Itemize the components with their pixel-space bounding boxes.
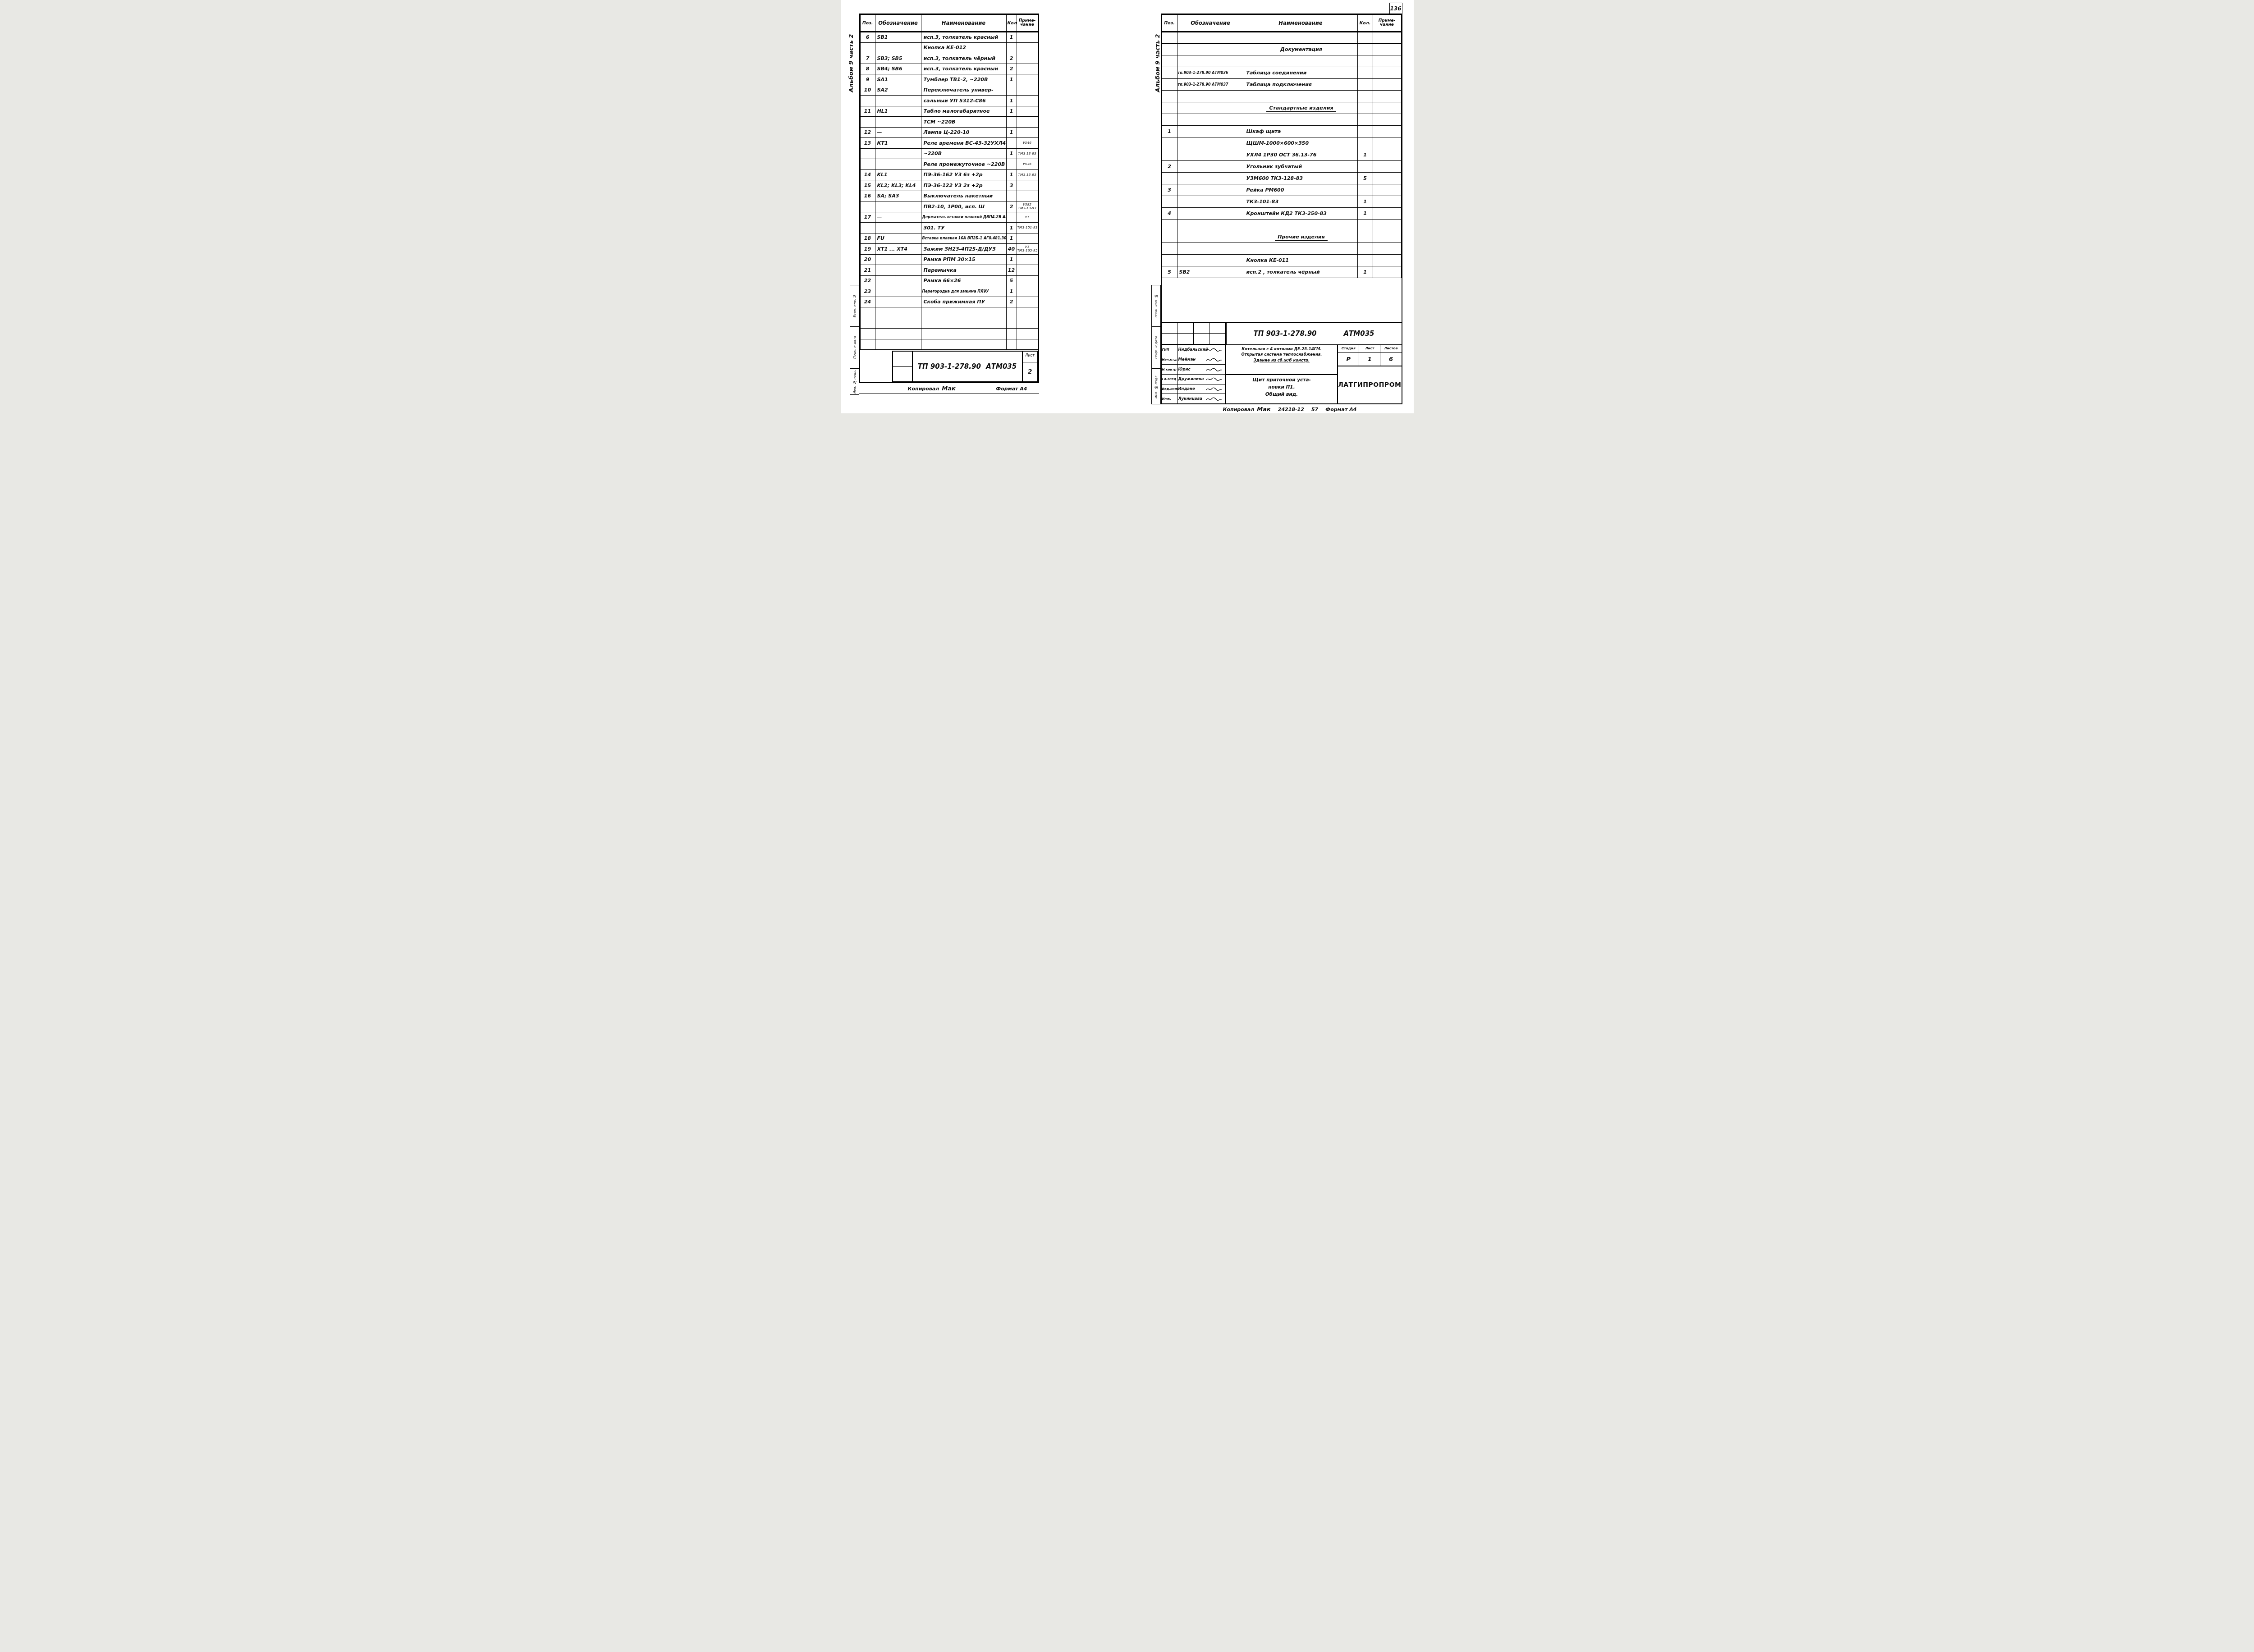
col-header-note: Приме- чание xyxy=(1017,15,1038,32)
scanned-specification-pages: Альбом 9 часть 2 Взам. инв. № Подп. и да… xyxy=(841,0,1414,413)
staff-row: Вед.инжИндане xyxy=(1162,384,1225,394)
margin-stamp-podp-data-left: Подп. и дата xyxy=(850,327,859,368)
margin-stamp-inv-podl-left: Инв. № подл. xyxy=(850,368,859,395)
cell-designation xyxy=(875,297,921,307)
col-header-designation: Обозначение xyxy=(875,15,921,32)
sheet-value: 1 xyxy=(1359,353,1380,366)
cell-note xyxy=(1373,67,1401,79)
cell-note xyxy=(1017,96,1038,106)
sheet-number: 2 xyxy=(1023,362,1037,381)
cell-note xyxy=(1017,117,1038,128)
cell-pos: 10 xyxy=(860,85,875,96)
table-row xyxy=(860,339,1038,350)
cell-name: Кронштейн КД2 ТК3-250-83 xyxy=(1244,208,1357,220)
cell-designation: SA; SA3 xyxy=(875,191,921,201)
sheet-number-box-left: Лист 2 xyxy=(1022,352,1037,381)
cell-designation xyxy=(1177,137,1244,149)
cell-note: У546 xyxy=(1017,138,1038,149)
cell-name: Зажим ЗН23-4П25-Д/ДУЗ xyxy=(921,244,1006,255)
cell-note xyxy=(1373,55,1401,67)
cell-designation xyxy=(875,159,921,170)
table-row: 11HL1Табло малогабаритное1 xyxy=(860,106,1038,117)
cell-name: Табло малогабаритное xyxy=(921,106,1006,117)
cell-name: Рамка РПМ 30×15 xyxy=(921,254,1006,265)
cell-qty xyxy=(1006,212,1017,223)
table-row: ТК3-101-831 xyxy=(1162,196,1401,208)
staff-signature xyxy=(1203,384,1225,394)
cell-note: У1ТМ3-165-85 xyxy=(1017,244,1038,255)
cell-designation xyxy=(875,223,921,233)
staff-row: Инж.Лукинцова xyxy=(1162,394,1225,403)
cell-note: ТМ3-13-83 xyxy=(1017,169,1038,180)
title-block-left: ТП 903-1-278.90 АТМ035 Лист 2 xyxy=(892,351,1038,382)
cell-note xyxy=(1017,42,1038,53)
cell-name: 301. ТУ xyxy=(921,223,1006,233)
cell-designation: — xyxy=(875,212,921,223)
signature-icon xyxy=(1205,347,1223,352)
cell-pos: 1 xyxy=(1162,126,1177,137)
cell-designation xyxy=(1177,243,1244,255)
cell-note xyxy=(1373,231,1401,243)
cell-pos xyxy=(1162,91,1177,102)
cell-designation xyxy=(875,201,921,212)
cell-designation: КТ1 xyxy=(875,138,921,149)
col-header-pos: Поз. xyxy=(860,15,875,32)
cell-pos: 16 xyxy=(860,191,875,201)
table-row xyxy=(1162,32,1401,44)
cell-pos: 6 xyxy=(860,32,875,43)
cell-qty xyxy=(1357,220,1373,231)
cell-note xyxy=(1373,220,1401,231)
cell-designation xyxy=(1177,91,1244,102)
table-row: 24Скоба прижимная ПУ2 xyxy=(860,297,1038,307)
cell-pos: 21 xyxy=(860,265,875,276)
staff-signature-table: ГИПНидбальскийНач.отдМейманН.контрЮрисГл… xyxy=(1162,345,1226,403)
cell-pos xyxy=(860,96,875,106)
cell-qty xyxy=(1357,32,1373,44)
signature-icon xyxy=(1205,367,1223,372)
cell-pos: 24 xyxy=(860,297,875,307)
table-row: 5SB2исп.2 , толкатель чёрный1 xyxy=(1162,266,1401,278)
cell-pos xyxy=(1162,231,1177,243)
staff-name: Дружинина xyxy=(1178,375,1203,384)
cell-designation xyxy=(1177,184,1244,196)
table-row: 21Перемычка12 xyxy=(860,265,1038,276)
cell-qty: 12 xyxy=(1006,265,1017,276)
album-label-right: Альбом 9 часть 2 xyxy=(1154,25,1161,101)
cell-note xyxy=(1373,243,1401,255)
cell-note xyxy=(1373,126,1401,137)
cell-name: Таблица подключения xyxy=(1244,79,1357,91)
cell-name: ТК3-101-83 xyxy=(1244,196,1357,208)
staff-role: Вед.инж xyxy=(1162,384,1178,394)
cell-note xyxy=(1017,297,1038,307)
cell-pos xyxy=(1162,137,1177,149)
cell-name: ПЭ-36-122 У3 2з +2р xyxy=(921,180,1006,191)
cell-pos: 11 xyxy=(860,106,875,117)
cell-designation: SB2 xyxy=(1177,266,1244,278)
cell-note xyxy=(1017,127,1038,138)
cell-name: УХЛ4 1Р30 ОСТ 36.13-76 xyxy=(1244,149,1357,161)
cell-name: Шкаф щита xyxy=(1244,126,1357,137)
cell-name: Рамка 66×26 xyxy=(921,275,1006,286)
stage-sheet-block: Стадия Лист Листов Р 1 6 ЛАТГИПРОПРОМ xyxy=(1338,345,1401,403)
cell-name: Рейка РМ600 xyxy=(1244,184,1357,196)
cell-qty: 1 xyxy=(1357,149,1373,161)
left-sheet-frame: Поз. Обозначение Наименование Кол. Приме… xyxy=(859,14,1039,383)
cell-name: ТСМ ~220В xyxy=(921,117,1006,128)
staff-row: Гл.спецДружинина xyxy=(1162,375,1225,384)
table-row: ЩШМ-1000×600×350 xyxy=(1162,137,1401,149)
cell-note xyxy=(1373,266,1401,278)
table-row: 6SB1исп.3, толкатель красный1 xyxy=(860,32,1038,43)
cell-note xyxy=(1017,286,1038,297)
table-row: Прочие изделия xyxy=(1162,231,1401,243)
col-header-name: Наименование xyxy=(921,15,1006,32)
staff-role: Н.контр xyxy=(1162,365,1178,374)
cell-name: Прочие изделия xyxy=(1244,231,1357,243)
title-block-right: ТП 903-1-278.90 АТМ035 ГИПНидбальскийНач… xyxy=(1162,322,1402,403)
cell-name: исп.3, толкатель красный xyxy=(921,64,1006,74)
cell-note xyxy=(1373,184,1401,196)
cell-qty xyxy=(1357,79,1373,91)
cell-name: Угольник зубчатый xyxy=(1244,161,1357,173)
cell-name: Перегородка для зажима ПЛ9У xyxy=(921,286,1006,297)
cell-pos xyxy=(1162,79,1177,91)
title-block-code-band: ТП 903-1-278.90 АТМ035 xyxy=(1162,323,1402,345)
cell-note xyxy=(1017,32,1038,43)
cell-pos: 13 xyxy=(860,138,875,149)
footer-strip-right: КопировалМак 24218-12 57 Формат А4 xyxy=(1219,405,1402,413)
cell-designation: тп.903-1-278.90 АТМ036 xyxy=(1177,67,1244,79)
table-row: 22Рамка 66×265 xyxy=(860,275,1038,286)
footer-extra-number: 57 xyxy=(1311,407,1318,412)
cell-name: Реле времени ВС-43-32УХЛ4 xyxy=(921,138,1006,149)
cell-qty xyxy=(1357,184,1373,196)
cell-note xyxy=(1017,339,1038,350)
cell-qty xyxy=(1006,138,1017,149)
table-row: 10SA2Переключатель универ- xyxy=(860,85,1038,96)
signature-icon xyxy=(1205,357,1223,362)
cell-qty: 1 xyxy=(1357,196,1373,208)
table-row: 18FUВставка плавкая 16А ВП2Б-1 АГ0.481.3… xyxy=(860,233,1038,244)
margin-stamp-vzam-inv-right: Взам. инв. № xyxy=(1151,285,1161,327)
table-row: УХЛ4 1Р30 ОСТ 36.13-761 xyxy=(1162,149,1401,161)
cell-name: Лампа Ц-220-10 xyxy=(921,127,1006,138)
cell-designation: HL1 xyxy=(875,106,921,117)
table-row: Кнопка КЕ-012 xyxy=(860,42,1038,53)
cell-designation: FU xyxy=(875,233,921,244)
cell-name: Кнопка КЕ-011 xyxy=(1244,255,1357,266)
cell-pos: 14 xyxy=(860,169,875,180)
cell-qty: 1 xyxy=(1357,208,1373,220)
sheet-label: Лист xyxy=(1359,345,1380,352)
cell-pos xyxy=(1162,102,1177,114)
cell-qty: 1 xyxy=(1006,127,1017,138)
cell-note xyxy=(1373,255,1401,266)
right-sheet-frame: Поз. Обозначение Наименование Кол. Приме… xyxy=(1161,14,1402,404)
cell-qty xyxy=(1006,159,1017,170)
table-row: 14KL1ПЭ-36-162 У3 6з +2р1ТМ3-13-83 xyxy=(860,169,1038,180)
cell-designation xyxy=(1177,44,1244,55)
cell-qty xyxy=(1357,137,1373,149)
staff-role: ГИП xyxy=(1162,345,1178,355)
table-row xyxy=(1162,220,1401,231)
table-row: 9SA1Тумблер ТВ1-2, ~220В1 xyxy=(860,74,1038,85)
cell-name: ПВ2-10, 1Р00, исп. Ш xyxy=(921,201,1006,212)
table-row: Стандартные изделия xyxy=(1162,102,1401,114)
cell-qty: 1 xyxy=(1006,32,1017,43)
cell-pos: 19 xyxy=(860,244,875,255)
staff-name: Лукинцова xyxy=(1178,394,1203,403)
staff-signature xyxy=(1203,375,1225,384)
cell-name xyxy=(1244,220,1357,231)
table-row xyxy=(1162,114,1401,126)
cell-pos: 9 xyxy=(860,74,875,85)
cell-qty xyxy=(1357,243,1373,255)
staff-row: ГИПНидбальский xyxy=(1162,345,1225,355)
cell-pos xyxy=(860,318,875,329)
spec-table-left: Поз. Обозначение Наименование Кол. Приме… xyxy=(860,14,1038,350)
cell-qty xyxy=(1357,231,1373,243)
table-row: 1Шкаф щита xyxy=(1162,126,1401,137)
cell-pos xyxy=(1162,220,1177,231)
cell-designation xyxy=(1177,149,1244,161)
col-header-designation: Обозначение xyxy=(1177,15,1244,32)
spec-table-right: Поз. Обозначение Наименование Кол. Приме… xyxy=(1162,14,1402,278)
cell-name: Документация xyxy=(1244,44,1357,55)
col-header-qty: Кол. xyxy=(1357,15,1373,32)
cell-name xyxy=(921,307,1006,318)
cell-qty xyxy=(1006,307,1017,318)
cell-note xyxy=(1017,180,1038,191)
cell-designation xyxy=(1177,255,1244,266)
cell-qty: 2 xyxy=(1006,201,1017,212)
cell-note: У1 xyxy=(1017,212,1038,223)
cell-note xyxy=(1373,208,1401,220)
cell-pos xyxy=(860,42,875,53)
signature-icon xyxy=(1205,396,1223,402)
cell-note xyxy=(1373,149,1401,161)
cell-note xyxy=(1373,114,1401,126)
cell-qty: 1 xyxy=(1006,74,1017,85)
cell-pos xyxy=(1162,44,1177,55)
copied-by-right: КопировалМак xyxy=(1223,406,1271,413)
cell-note xyxy=(1017,254,1038,265)
cell-note: У536 xyxy=(1017,159,1038,170)
cell-pos xyxy=(1162,173,1177,184)
cell-note xyxy=(1017,106,1038,117)
cell-note xyxy=(1017,265,1038,276)
table-row xyxy=(860,318,1038,329)
cell-pos: 3 xyxy=(1162,184,1177,196)
cell-qty: 1 xyxy=(1006,223,1017,233)
title-block-left-grid xyxy=(893,352,913,381)
cell-pos: 12 xyxy=(860,127,875,138)
cell-qty xyxy=(1006,329,1017,339)
album-label-left: Альбом 9 часть 2 xyxy=(848,25,855,101)
cell-name: ПЭ-36-162 У3 6з +2р xyxy=(921,169,1006,180)
page-number: 136 xyxy=(1389,3,1402,14)
cell-qty xyxy=(1006,117,1017,128)
table-row: 17—Держатель вставки плавкой ДВП4-2В АГ0… xyxy=(860,212,1038,223)
cell-note xyxy=(1373,91,1401,102)
cell-designation xyxy=(1177,208,1244,220)
cell-qty: 1 xyxy=(1006,148,1017,159)
cell-name: сальный УП 5312-С86 xyxy=(921,96,1006,106)
signature-icon xyxy=(1205,376,1223,382)
table-row: 301. ТУ1ТМ3-151-83 xyxy=(860,223,1038,233)
cell-pos xyxy=(1162,114,1177,126)
cell-note xyxy=(1373,44,1401,55)
cell-designation xyxy=(875,148,921,159)
table-row: 12—Лампа Ц-220-101 xyxy=(860,127,1038,138)
cell-qty: 1 xyxy=(1006,286,1017,297)
cell-name xyxy=(1244,243,1357,255)
table-row xyxy=(1162,243,1401,255)
cell-designation xyxy=(875,254,921,265)
cell-pos xyxy=(860,201,875,212)
cell-note: ТМ3-151-83 xyxy=(1017,223,1038,233)
sheet-label: Лист xyxy=(1023,352,1037,362)
cell-qty xyxy=(1357,44,1373,55)
cell-qty: 1 xyxy=(1357,266,1373,278)
cell-pos xyxy=(860,307,875,318)
cell-qty: 1 xyxy=(1006,169,1017,180)
cell-name xyxy=(921,329,1006,339)
staff-role: Инж. xyxy=(1162,394,1178,403)
staff-role: Гл.спец xyxy=(1162,375,1178,384)
cell-name: Вставка плавкая 16А ВП2Б-1 АГ0.481.304ТУ xyxy=(921,233,1006,244)
cell-designation xyxy=(1177,32,1244,44)
cell-pos: 15 xyxy=(860,180,875,191)
table-row: Кнопка КЕ-011 xyxy=(1162,255,1401,266)
cell-qty: 1 xyxy=(1006,106,1017,117)
cell-note xyxy=(1373,79,1401,91)
cell-pos xyxy=(1162,32,1177,44)
cell-designation xyxy=(875,307,921,318)
cell-pos xyxy=(860,117,875,128)
cell-pos: 23 xyxy=(860,286,875,297)
table-row xyxy=(860,307,1038,318)
cell-note xyxy=(1017,307,1038,318)
cell-name xyxy=(921,339,1006,350)
header-row: Поз. Обозначение Наименование Кол. Приме… xyxy=(860,15,1038,32)
cell-pos xyxy=(1162,243,1177,255)
cell-qty xyxy=(1357,55,1373,67)
cell-designation xyxy=(1177,102,1244,114)
cell-note xyxy=(1373,196,1401,208)
cell-pos: 8 xyxy=(860,64,875,74)
cell-name: ~220В xyxy=(921,148,1006,159)
cell-qty xyxy=(1357,91,1373,102)
stage-value: Р xyxy=(1338,353,1359,366)
document-code-left: ТП 903-1-278.90 АТМ035 xyxy=(913,352,1022,381)
sheets-value: 6 xyxy=(1380,353,1401,366)
table-row: 3Рейка РМ600 xyxy=(1162,184,1401,196)
table-row: тп.903-1-278.90 АТМ036Таблица соединений xyxy=(1162,67,1401,79)
margin-stamp-inv-podl-right: Инв. № подл. xyxy=(1151,368,1161,404)
cell-designation xyxy=(1177,231,1244,243)
table-row: 4Кронштейн КД2 ТК3-250-831 xyxy=(1162,208,1401,220)
table-row: 13КТ1Реле времени ВС-43-32УХЛ4У546 xyxy=(860,138,1038,149)
table-row: 8SB4; SB6исп.3, толкатель красный2 xyxy=(860,64,1038,74)
cell-pos: 7 xyxy=(860,53,875,64)
cell-qty: 1 xyxy=(1006,254,1017,265)
table-row: сальный УП 5312-С861 xyxy=(860,96,1038,106)
staff-signature xyxy=(1203,394,1225,403)
cell-note: ТМ3-13-83 xyxy=(1017,148,1038,159)
col-header-note: Приме- чание xyxy=(1373,15,1401,32)
cell-name: Реле промежуточное ~220В xyxy=(921,159,1006,170)
cell-designation xyxy=(1177,220,1244,231)
cell-pos xyxy=(1162,67,1177,79)
cell-note xyxy=(1017,191,1038,201)
cell-designation: — xyxy=(875,127,921,138)
cell-note xyxy=(1017,74,1038,85)
cell-qty: 5 xyxy=(1006,275,1017,286)
header-row: Поз. Обозначение Наименование Кол. Приме… xyxy=(1162,15,1401,32)
staff-role: Нач.отд xyxy=(1162,355,1178,365)
cell-pos: 20 xyxy=(860,254,875,265)
table-row: 19ХТ1 ... ХТ4Зажим ЗН23-4П25-Д/ДУЗ40У1ТМ… xyxy=(860,244,1038,255)
table-row: ~220В1ТМ3-13-83 xyxy=(860,148,1038,159)
title-block-main-band: ГИПНидбальскийНач.отдМейманН.контрЮрисГл… xyxy=(1162,345,1402,403)
cell-name: УЗМ600 ТК3-128-83 xyxy=(1244,173,1357,184)
cell-pos: 17 xyxy=(860,212,875,223)
cell-name xyxy=(1244,55,1357,67)
staff-name: Юрис xyxy=(1178,365,1203,374)
cell-note xyxy=(1017,85,1038,96)
cell-designation xyxy=(1177,173,1244,184)
staff-signature xyxy=(1203,345,1225,355)
revision-grid xyxy=(1162,323,1227,344)
cell-designation xyxy=(875,42,921,53)
cell-qty xyxy=(1357,126,1373,137)
staff-name: Индане xyxy=(1178,384,1203,394)
col-header-pos: Поз. xyxy=(1162,15,1177,32)
cell-designation: SB3; SB5 xyxy=(875,53,921,64)
cell-qty xyxy=(1006,42,1017,53)
staff-signature xyxy=(1203,355,1225,365)
table-row: 20Рамка РПМ 30×151 xyxy=(860,254,1038,265)
cell-designation: SB4; SB6 xyxy=(875,64,921,74)
cell-qty xyxy=(1006,318,1017,329)
cell-pos xyxy=(860,159,875,170)
staff-row: Нач.отдМейман xyxy=(1162,355,1225,365)
title-text-block: Котельная с 4 котлами ДЕ-25-14ГМ. Открыт… xyxy=(1226,345,1338,403)
table-row xyxy=(860,329,1038,339)
cell-name: Стандартные изделия xyxy=(1244,102,1357,114)
cell-qty xyxy=(1357,161,1373,173)
cell-pos xyxy=(1162,149,1177,161)
cell-pos xyxy=(860,148,875,159)
cell-note xyxy=(1017,233,1038,244)
cell-qty xyxy=(1006,85,1017,96)
cell-qty: 2 xyxy=(1006,64,1017,74)
cell-qty: 5 xyxy=(1357,173,1373,184)
cell-qty xyxy=(1357,114,1373,126)
cell-pos: 22 xyxy=(860,275,875,286)
cell-designation: KL2; KL3; KL4 xyxy=(875,180,921,191)
table-row: 15KL2; KL3; KL4ПЭ-36-122 У3 2з +2р3 xyxy=(860,180,1038,191)
cell-pos xyxy=(1162,196,1177,208)
table-row: УЗМ600 ТК3-128-835 xyxy=(1162,173,1401,184)
cell-name: Переключатель универ- xyxy=(921,85,1006,96)
format-label-left: Формат А4 xyxy=(996,386,1027,392)
cell-qty xyxy=(1357,102,1373,114)
col-header-name: Наименование xyxy=(1244,15,1357,32)
